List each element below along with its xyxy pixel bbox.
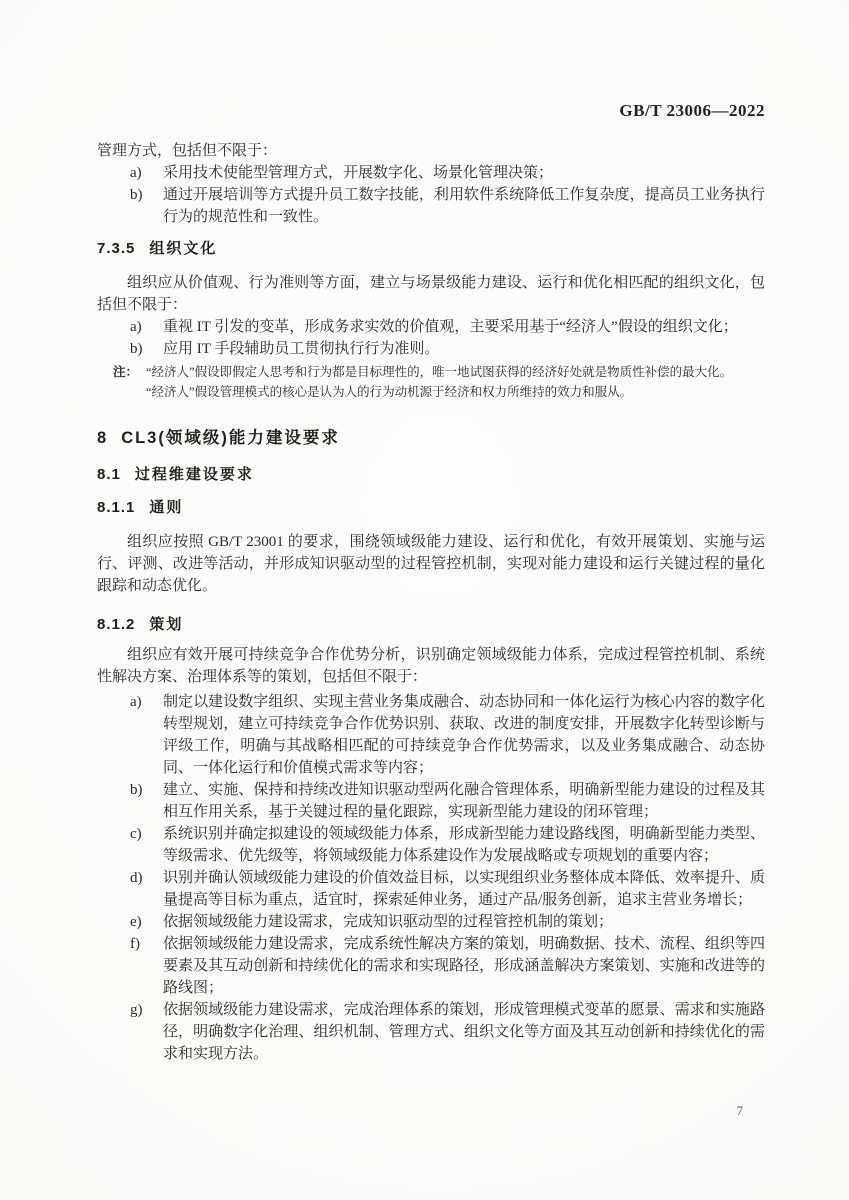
note-line: “经济人”假设即假定人思考和行为都是目标理性的，唯一地试图获得的经济好处就是物质… bbox=[146, 362, 765, 382]
section-heading-8-1-1: 8.1.1通则 bbox=[97, 497, 765, 519]
item-label: d) bbox=[130, 867, 163, 911]
list-item: b) 应用 IT 手段辅助员工贯彻执行行为准则。 bbox=[97, 338, 765, 360]
page-content: GB/T 23006—2022 管理方式，包括但不限于： a) 采用技术使能型管… bbox=[97, 100, 765, 1065]
list-item: d) 识别并确认领域级能力建设的价值效益目标，以实现组织业务整体成本降低、效率提… bbox=[97, 867, 765, 911]
item-label: f) bbox=[130, 933, 163, 999]
item-label: b) bbox=[130, 338, 163, 360]
section-heading-8-1-2: 8.1.2策划 bbox=[97, 614, 765, 636]
section-number: 8.1.1 bbox=[97, 499, 135, 516]
item-text: 依据领域级能力建设需求，完成系统性解决方案的策划，明确数据、技术、流程、组织等四… bbox=[163, 933, 765, 999]
item-text: 建立、实施、保持和持续改进知识驱动型两化融合管理体系，明确新型能力建设的过程及其… bbox=[163, 779, 765, 823]
list-item: a) 采用技术使能型管理方式，开展数字化、场景化管理决策； bbox=[97, 162, 765, 184]
continued-paragraph: 管理方式，包括但不限于： bbox=[97, 140, 765, 162]
item-text: 重视 IT 引发的变革，形成务求实效的价值观，主要采用基于“经济人”假设的组织文… bbox=[163, 316, 765, 338]
continued-list: a) 采用技术使能型管理方式，开展数字化、场景化管理决策； b) 通过开展培训等… bbox=[97, 162, 765, 228]
item-text: 依据领域级能力建设需求，完成治理体系的策划，形成管理模式变革的愿景、需求和实施路… bbox=[163, 999, 765, 1065]
item-text: 制定以建设数字组织、实现主营业务集成融合、动态协同和一体化运行为核心内容的数字化… bbox=[163, 691, 765, 779]
list-item: g) 依据领域级能力建设需求，完成治理体系的策划，形成管理模式变革的愿景、需求和… bbox=[97, 999, 765, 1065]
item-text: 应用 IT 手段辅助员工贯彻执行行为准则。 bbox=[163, 338, 765, 360]
item-text: 依据领域级能力建设需求，完成知识驱动型的过程管控机制的策划； bbox=[163, 911, 765, 933]
item-label: a) bbox=[130, 162, 163, 184]
note-line: “经济人”假设管理模式的核心是认为人的行为动机源于经济和权力所维持的效力和服从。 bbox=[146, 382, 765, 402]
item-text: 通过开展培训等方式提升员工数字技能，利用软件系统降低工作复杂度，提高员工业务执行… bbox=[163, 184, 765, 228]
section-7-3-5-list: a) 重视 IT 引发的变革，形成务求实效的价值观，主要采用基于“经济人”假设的… bbox=[97, 316, 765, 360]
item-text: 系统识别并确定拟建设的领域级能力体系，形成新型能力建设路线图，明确新型能力类型、… bbox=[163, 823, 765, 867]
item-label: a) bbox=[130, 691, 163, 779]
item-label: c) bbox=[130, 823, 163, 867]
section-title: 策划 bbox=[149, 616, 183, 633]
chapter-heading-8: 8CL3(领域级)能力建设要求 bbox=[97, 427, 765, 449]
section-8-1-2-list: a) 制定以建设数字组织、实现主营业务集成融合、动态协同和一体化运行为核心内容的… bbox=[97, 691, 765, 1065]
item-label: a) bbox=[130, 316, 163, 338]
section-title: 通则 bbox=[149, 499, 183, 516]
section-number: 8.1.2 bbox=[97, 616, 135, 633]
page-number: 7 bbox=[737, 1103, 744, 1119]
section-title: 过程维建设要求 bbox=[135, 466, 254, 483]
note-text: “经济人”假设即假定人思考和行为都是目标理性的，唯一地试图获得的经济好处就是物质… bbox=[146, 362, 765, 402]
section-heading-8-1: 8.1过程维建设要求 bbox=[97, 464, 765, 486]
note-label: 注： bbox=[113, 362, 146, 402]
item-text: 采用技术使能型管理方式，开展数字化、场景化管理决策； bbox=[163, 162, 765, 184]
section-number: 8.1 bbox=[97, 466, 121, 483]
paragraph: 组织应有效开展可持续竞争合作优势分析，识别确定领域级能力体系，完成过程管控机制、… bbox=[97, 644, 765, 688]
item-text: 识别并确认领域级能力建设的价值效益目标，以实现组织业务整体成本降低、效率提升、质… bbox=[163, 867, 765, 911]
paragraph: 组织应从价值观、行为准则等方面，建立与场景级能力建设、运行和优化相匹配的组织文化… bbox=[97, 272, 765, 316]
chapter-title: CL3(领域级)能力建设要求 bbox=[121, 429, 340, 447]
paragraph: 组织应按照 GB/T 23001 的要求，围绕领域级能力建设、运行和优化，有效开… bbox=[97, 531, 765, 597]
list-item: a) 制定以建设数字组织、实现主营业务集成融合、动态协同和一体化运行为核心内容的… bbox=[97, 691, 765, 779]
item-label: b) bbox=[130, 184, 163, 228]
list-item: a) 重视 IT 引发的变革，形成务求实效的价值观，主要采用基于“经济人”假设的… bbox=[97, 316, 765, 338]
list-item: e) 依据领域级能力建设需求，完成知识驱动型的过程管控机制的策划； bbox=[97, 911, 765, 933]
list-item: f) 依据领域级能力建设需求，完成系统性解决方案的策划，明确数据、技术、流程、组… bbox=[97, 933, 765, 999]
section-title: 组织文化 bbox=[149, 240, 217, 257]
item-label: e) bbox=[130, 911, 163, 933]
section-heading-7-3-5: 7.3.5组织文化 bbox=[97, 238, 765, 260]
section-number: 7.3.5 bbox=[97, 240, 135, 257]
item-label: g) bbox=[130, 999, 163, 1065]
item-label: b) bbox=[130, 779, 163, 823]
chapter-number: 8 bbox=[97, 429, 107, 447]
standard-code-header: GB/T 23006—2022 bbox=[97, 100, 765, 122]
list-item: b) 建立、实施、保持和持续改进知识驱动型两化融合管理体系，明确新型能力建设的过… bbox=[97, 779, 765, 823]
list-item: b) 通过开展培训等方式提升员工数字技能，利用软件系统降低工作复杂度，提高员工业… bbox=[97, 184, 765, 228]
list-item: c) 系统识别并确定拟建设的领域级能力体系，形成新型能力建设路线图，明确新型能力… bbox=[97, 823, 765, 867]
note-block: 注： “经济人”假设即假定人思考和行为都是目标理性的，唯一地试图获得的经济好处就… bbox=[113, 362, 765, 402]
document-page: GB/T 23006—2022 管理方式，包括但不限于： a) 采用技术使能型管… bbox=[0, 0, 849, 1200]
